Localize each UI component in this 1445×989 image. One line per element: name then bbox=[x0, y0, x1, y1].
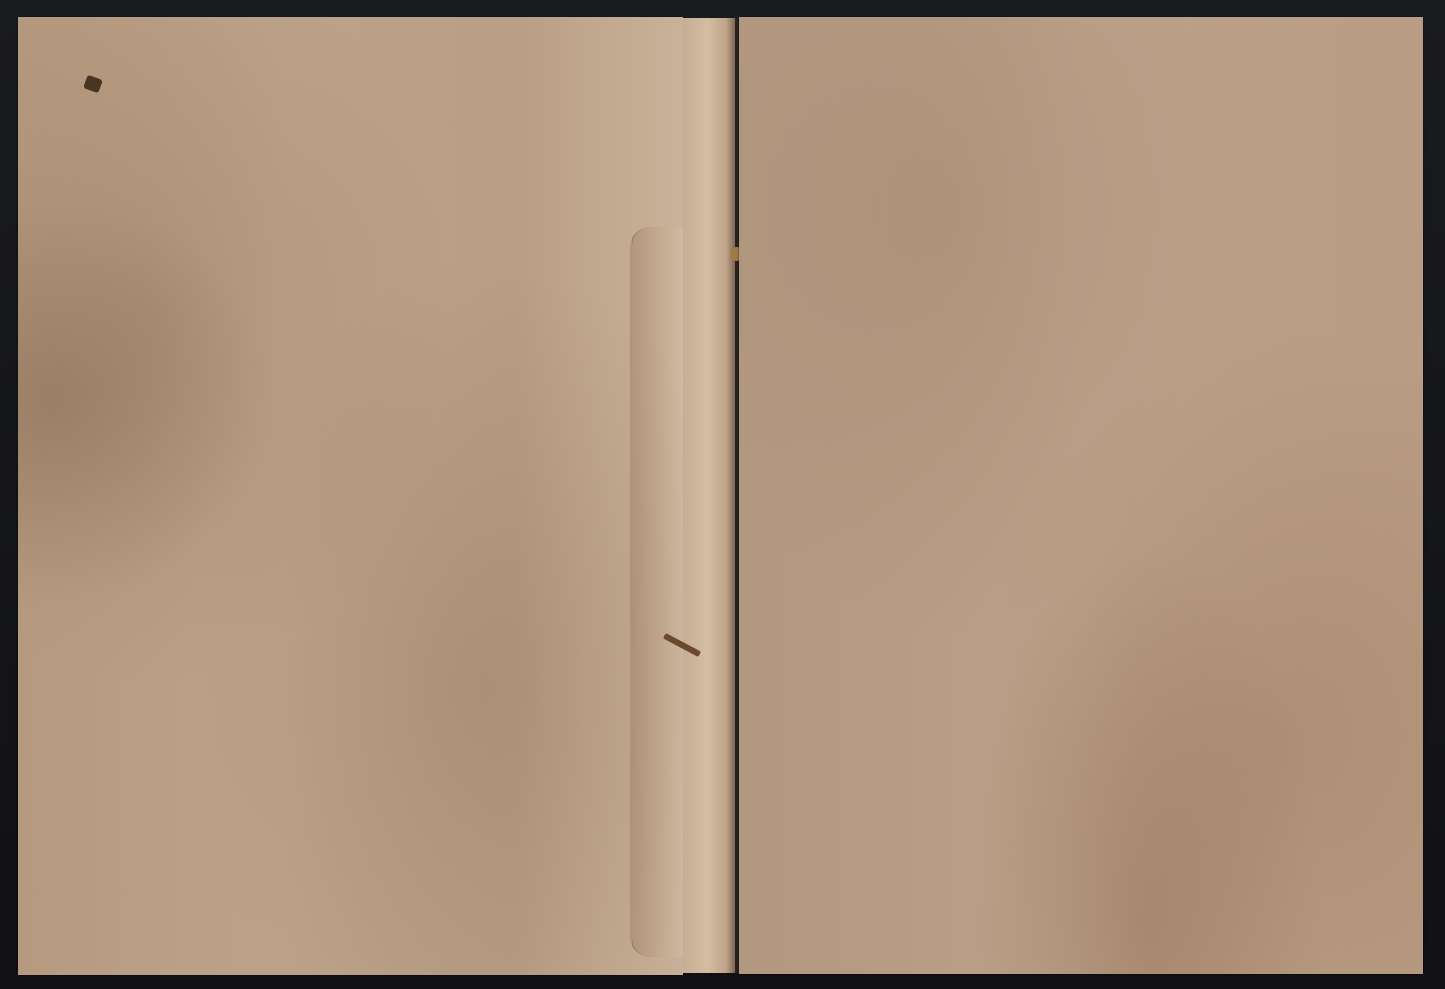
right-cover-panel bbox=[739, 17, 1423, 974]
photo-background bbox=[0, 0, 1445, 989]
book-spine bbox=[683, 18, 737, 973]
left-cover-panel bbox=[18, 17, 683, 975]
dark-spot bbox=[83, 75, 103, 94]
